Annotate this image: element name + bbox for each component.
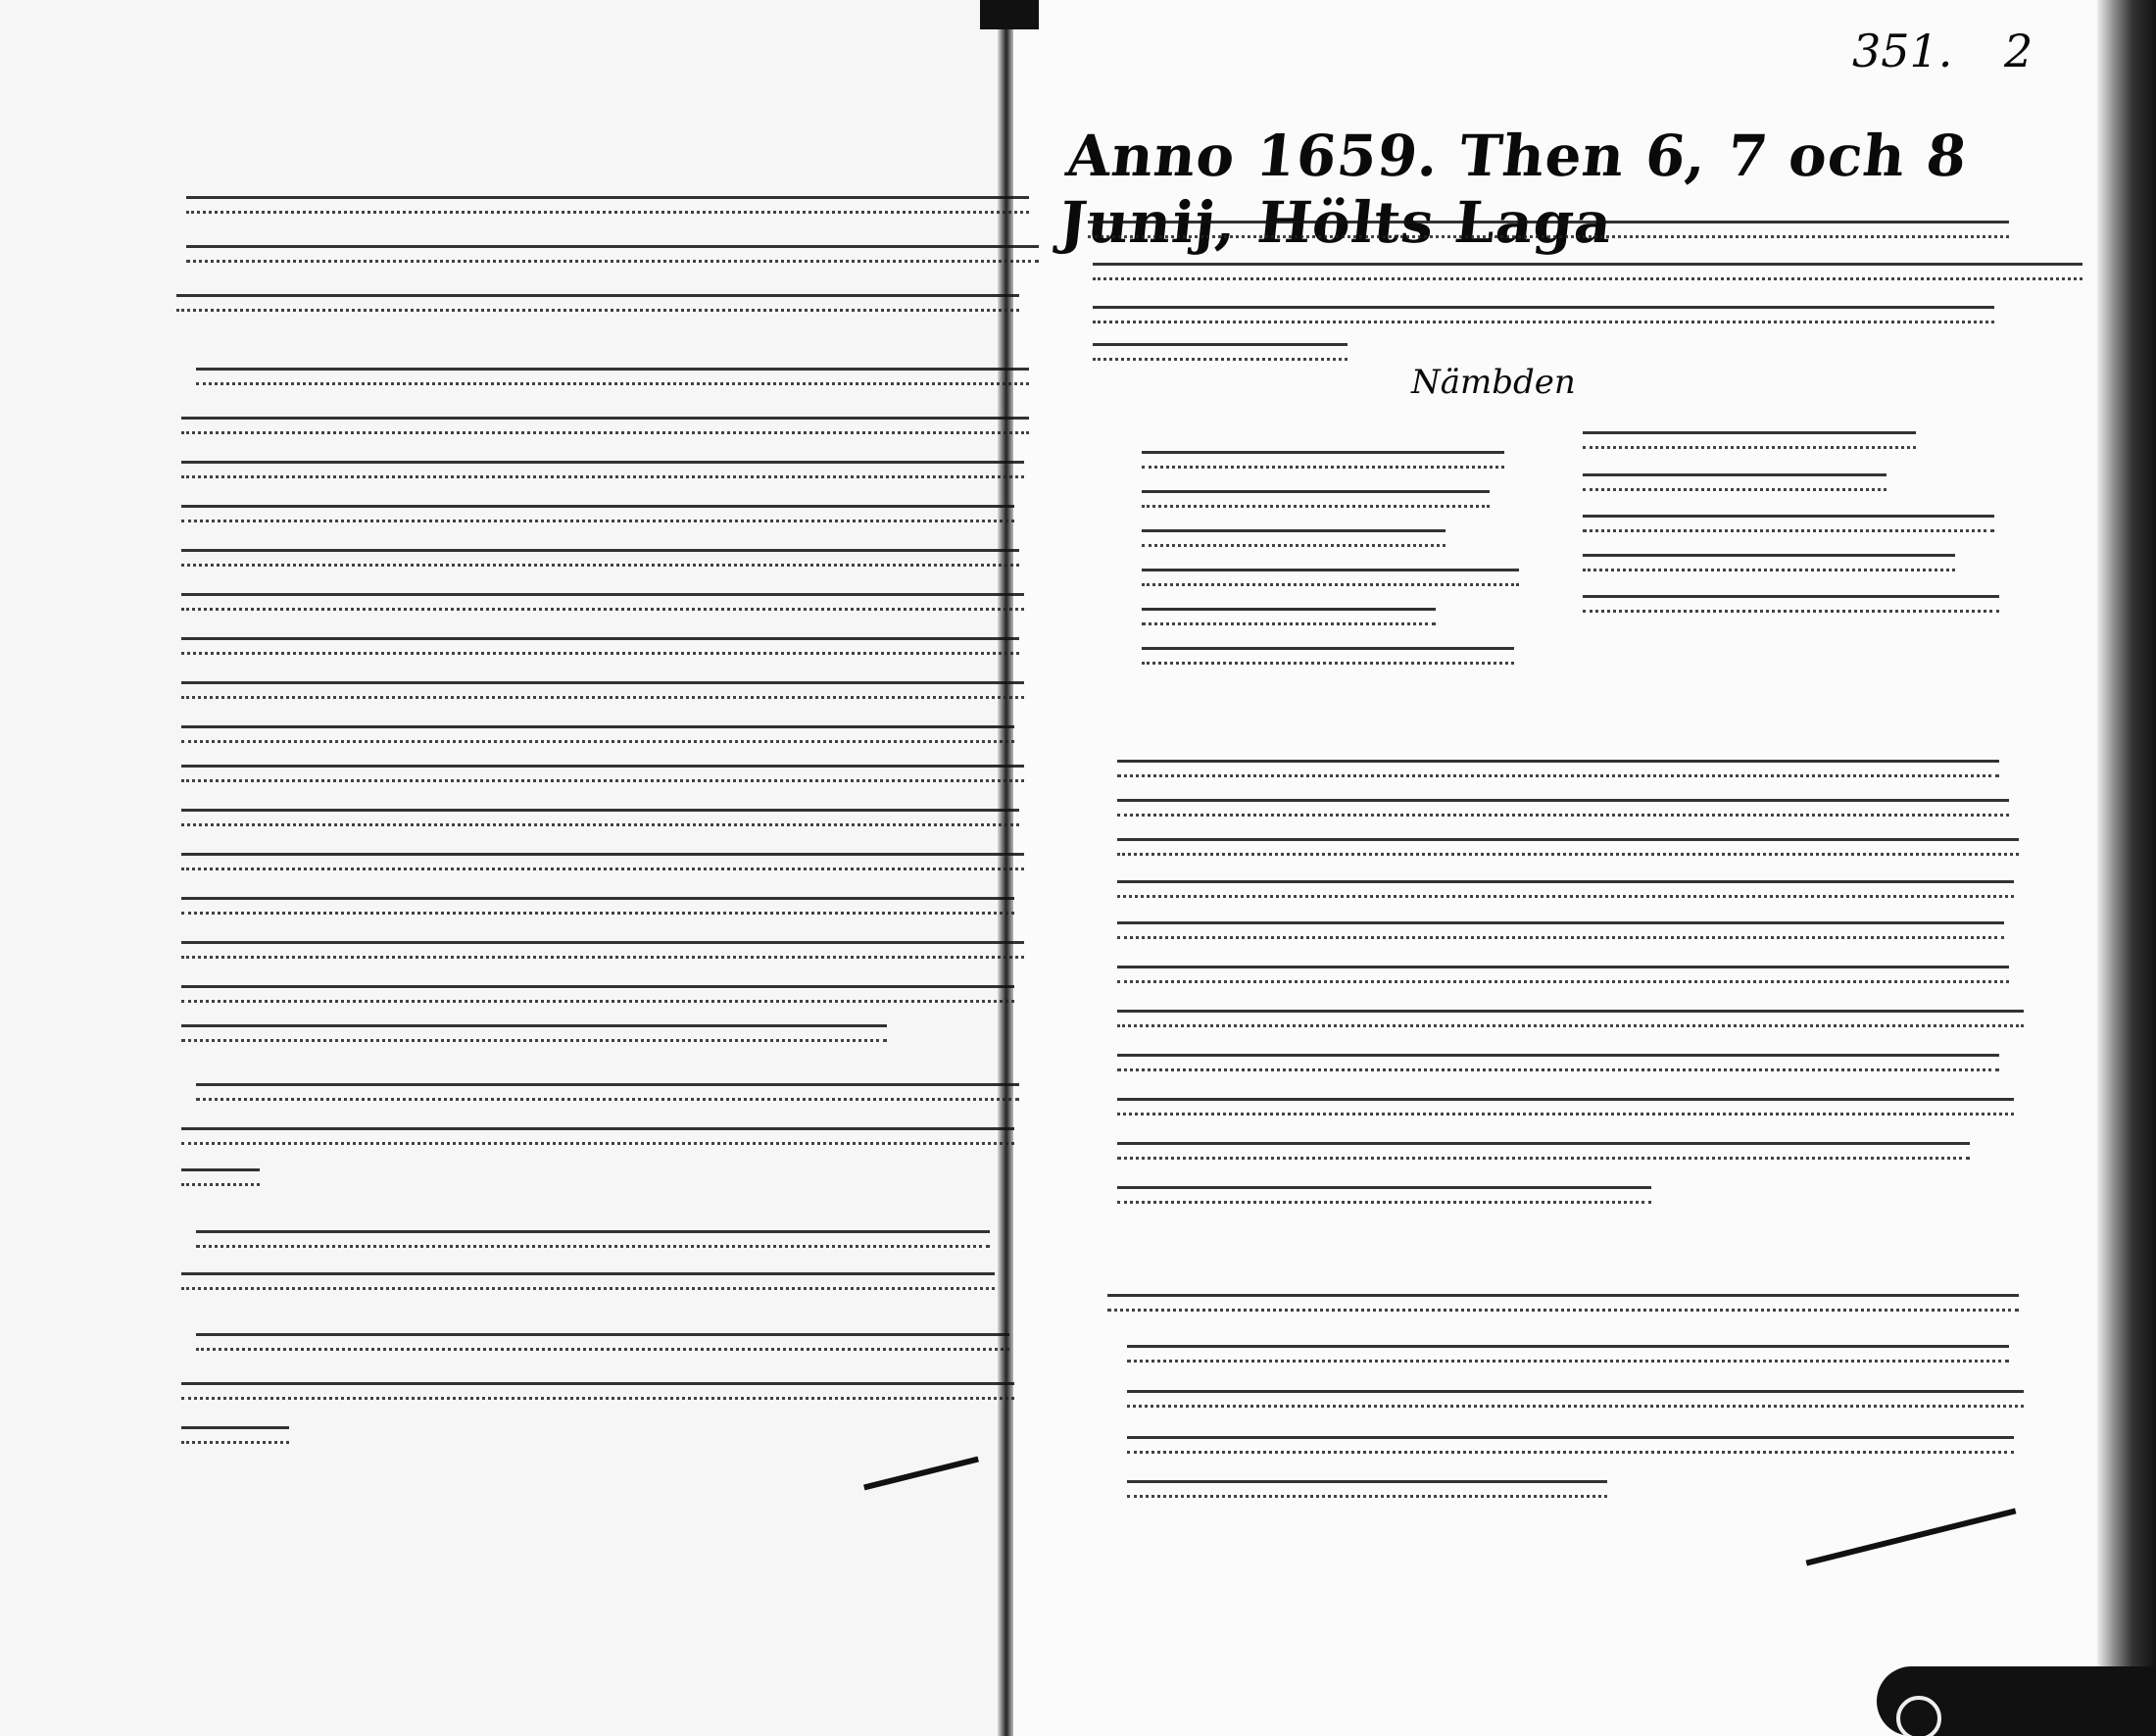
handwritten-line (181, 897, 1014, 915)
handwritten-line (1117, 1142, 1970, 1160)
handwritten-line (196, 1230, 990, 1248)
binding-shadow (980, 0, 1039, 29)
juror-name (1142, 490, 1490, 508)
handwritten-line (196, 1333, 1009, 1351)
juror-name (1583, 595, 1999, 613)
handwritten-line (1117, 838, 2019, 856)
juror-name (1142, 608, 1436, 625)
handwritten-line (181, 505, 1014, 522)
juror-name (1142, 529, 1445, 547)
handwritten-line (186, 196, 1029, 214)
handwritten-line (196, 368, 1029, 385)
handwritten-line (1107, 1294, 2019, 1312)
handwritten-line (1117, 1010, 2024, 1027)
handwritten-line (1093, 343, 1347, 361)
handwritten-line (181, 809, 1019, 826)
handwritten-line (181, 853, 1024, 870)
juror-name (1142, 569, 1519, 586)
handwritten-line (1088, 221, 2009, 238)
handwritten-line (1093, 263, 2082, 280)
handwritten-line (196, 1083, 1019, 1101)
handwritten-line (1117, 799, 2009, 817)
juror-name (1142, 451, 1504, 469)
juror-name (1583, 473, 1886, 491)
handwritten-line (181, 593, 1024, 611)
handwritten-line (181, 417, 1029, 434)
juror-name (1142, 647, 1514, 665)
handwritten-line (1127, 1345, 2009, 1363)
page-edge (2097, 0, 2156, 1736)
handwritten-line (181, 1272, 995, 1290)
handwritten-line (1117, 1098, 2014, 1116)
handwritten-line (176, 294, 1019, 312)
clip-ring-icon (1896, 1696, 1941, 1736)
handwritten-line (181, 765, 1024, 782)
handwritten-line (1127, 1436, 2014, 1454)
section-title: Nämbden (1411, 363, 1576, 402)
juror-name (1583, 431, 1916, 449)
handwritten-line (181, 985, 1014, 1003)
handwritten-line (186, 245, 1039, 263)
folio-number: 351. (1852, 25, 1952, 77)
handwritten-line (1117, 1186, 1651, 1204)
handwritten-line (181, 637, 1019, 655)
handwritten-line (181, 1127, 1014, 1145)
handwritten-line (181, 725, 1014, 743)
handwritten-line (181, 549, 1019, 567)
handwritten-line (181, 681, 1024, 699)
juror-name (1583, 515, 1994, 532)
handwritten-line (1127, 1480, 1607, 1498)
handwritten-line (181, 1382, 1014, 1400)
handwritten-line (181, 1426, 289, 1444)
right-page (1009, 0, 2097, 1736)
handwritten-line (1117, 1054, 1999, 1071)
handwritten-line (1127, 1390, 2024, 1408)
juror-name (1583, 554, 1955, 571)
handwritten-line (1117, 966, 2009, 983)
handwritten-line (181, 1168, 260, 1186)
handwritten-line (1117, 921, 2004, 939)
handwritten-line (1117, 760, 1999, 777)
handwritten-line (181, 1024, 887, 1042)
handwritten-line (181, 461, 1024, 478)
handwritten-line (1093, 306, 1994, 323)
handwritten-line (181, 941, 1024, 959)
folio-sub: 2 (2004, 25, 2033, 77)
handwritten-line (1117, 880, 2014, 898)
